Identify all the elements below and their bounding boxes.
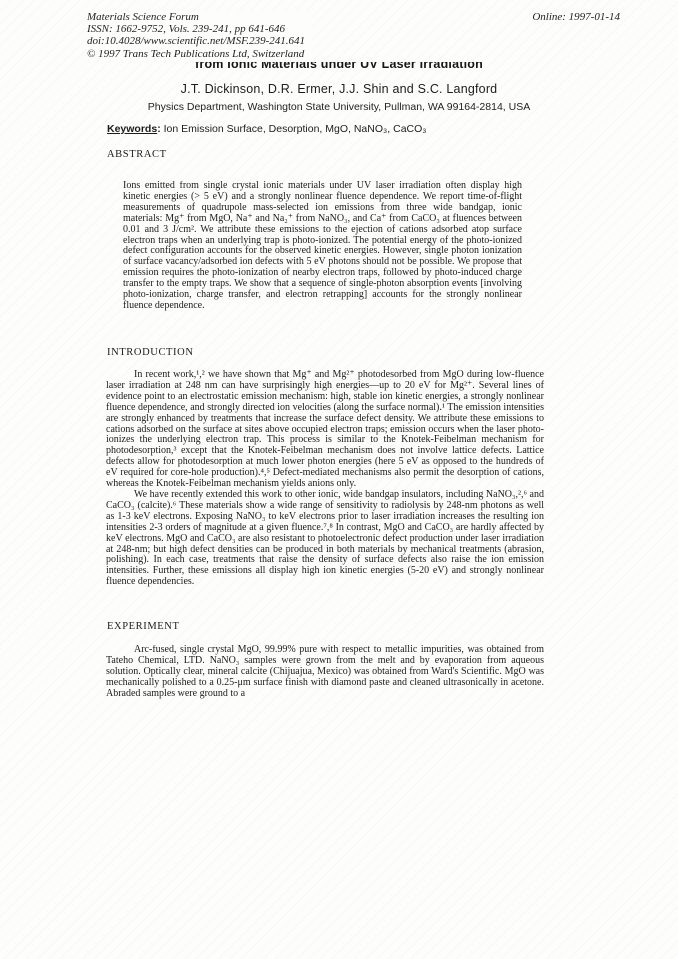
paper-title-clipped: from Ionic Materials under UV Laser Irra…: [0, 62, 678, 75]
authors-line: J.T. Dickinson, D.R. Ermer, J.J. Shin an…: [0, 81, 678, 97]
keywords-text: Ion Emission Surface, Desorption, MgO, N…: [161, 123, 427, 135]
issn-volume-line: ISSN: 1662-9752, Vols. 239-241, pp 641-6…: [87, 23, 305, 35]
keywords-line: Keywords: Ion Emission Surface, Desorpti…: [107, 123, 577, 136]
experiment-body: Arc-fused, single crystal MgO, 99.99% pu…: [106, 645, 544, 713]
paper-title-text: from Ionic Materials under UV Laser Irra…: [0, 62, 678, 74]
citation-header: Materials Science Forum ISSN: 1662-9752,…: [87, 11, 311, 60]
introduction-paragraph-1: In recent work,¹,² we have shown that Mg…: [106, 370, 544, 490]
abstract-body: Ions emitted from single crystal ionic m…: [123, 181, 522, 345]
affiliation-line: Physics Department, Washington State Uni…: [0, 101, 678, 114]
introduction-body: In recent work,¹,² we have shown that Mg…: [106, 370, 544, 619]
experiment-paragraph-1: Arc-fused, single crystal MgO, 99.99% pu…: [106, 645, 544, 700]
abstract-paragraph: Ions emitted from single crystal ionic m…: [123, 181, 522, 312]
abstract-heading: ABSTRACT: [107, 149, 167, 161]
keywords-label: Keywords: [107, 123, 157, 135]
copyright-line: © 1997 Trans Tech Publications Ltd, Swit…: [87, 48, 305, 60]
introduction-heading: INTRODUCTION: [107, 347, 194, 359]
online-date: Online: 1997-01-14: [532, 11, 620, 23]
paper-page: Materials Science Forum ISSN: 1662-9752,…: [0, 0, 678, 959]
introduction-paragraph-2: We have recently extended this work to o…: [106, 490, 544, 588]
journal-name: Materials Science Forum: [87, 11, 305, 23]
experiment-heading: EXPERIMENT: [107, 621, 180, 633]
doi-line: doi:10.4028/www.scientific.net/MSF.239-2…: [87, 35, 305, 47]
